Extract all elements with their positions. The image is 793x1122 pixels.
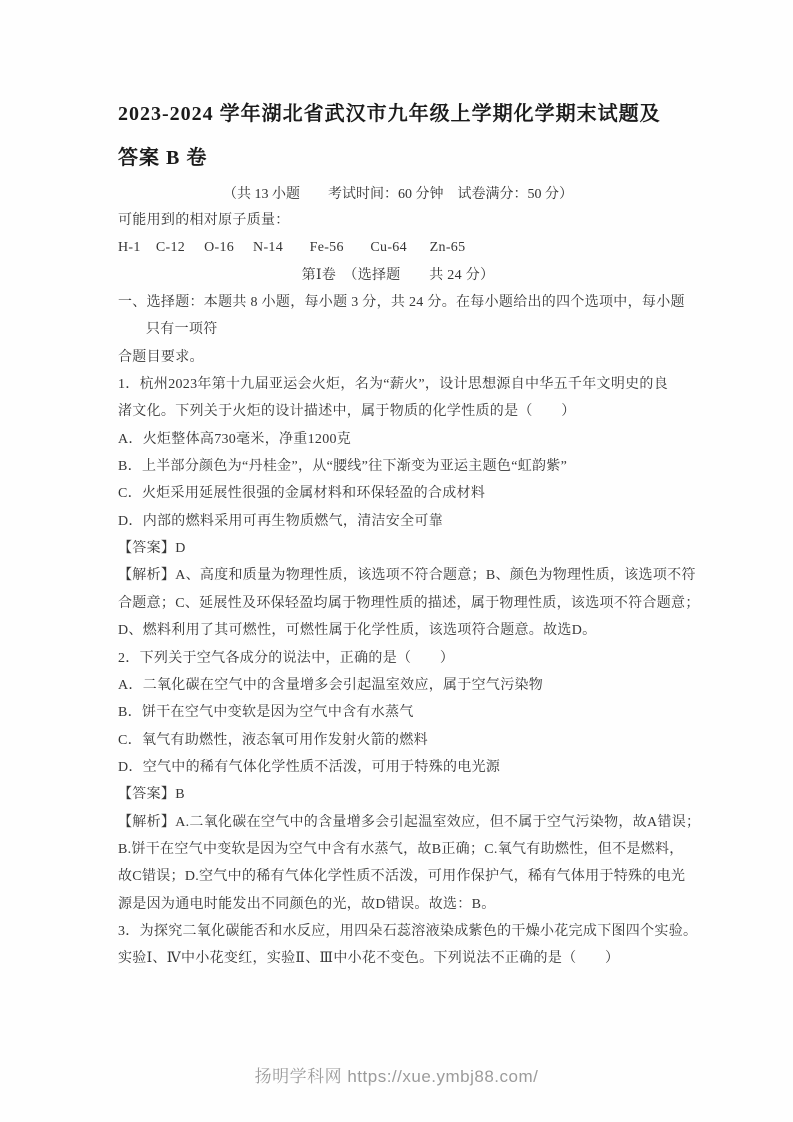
question-3-stem-line-1: 3．为探究二氧化碳能否和水反应，用四朵石蕊溶液染成紫色的干燥小花完成下图四个实验…	[118, 918, 678, 945]
atomic-mass-values: H-1 C-12 O-16 N-14 Fe-56 Cu-64 Zn-65	[118, 234, 678, 261]
question-2-analysis-line-2: B.饼干在空气中变软是因为空气中含有水蒸气，故B正确；C.氧气有助燃性，但不是燃…	[118, 836, 678, 863]
question-3-stem-line-2: 实验Ⅰ、Ⅳ中小花变红，实验Ⅱ、Ⅲ中小花不变色。下列说法不正确的是（ ）	[118, 945, 678, 972]
exam-document-page: 2023-2024 学年湖北省武汉市九年级上学期化学期末试题及 答案 B 卷 （…	[0, 0, 793, 1122]
question-2-option-d: D．空气中的稀有气体化学性质不活泼，可用于特殊的电光源	[118, 754, 678, 781]
question-1-stem-line-1: 1．杭州2023年第十九届亚运会火炬，名为“薪火”，设计思想源自中华五千年文明史…	[118, 371, 678, 398]
page-title: 2023-2024 学年湖北省武汉市九年级上学期化学期末试题及 答案 B 卷	[118, 92, 678, 180]
question-1-option-a: A．火炬整体高730毫米，净重1200克	[118, 426, 678, 453]
question-1-option-d: D．内部的燃料采用可再生物质燃气，清洁安全可靠	[118, 508, 678, 535]
question-1-analysis-line-3: D、燃料利用了其可燃性，可燃性属于化学性质，该选项符合题意。故选D。	[118, 617, 678, 644]
footer-site-credit: 扬明学科网 https://xue.ymbj88.com/	[0, 1062, 793, 1092]
section-intro-line-1: 一、选择题：本题共 8 小题，每小题 3 分，共 24 分。在每小题给出的四个选…	[118, 289, 678, 316]
question-1-answer: 【答案】D	[118, 535, 678, 562]
question-2-stem-line-1: 2．下列关于空气各成分的说法中，正确的是（ ）	[118, 645, 678, 672]
question-1: 1．杭州2023年第十九届亚运会火炬，名为“薪火”，设计思想源自中华五千年文明史…	[118, 371, 678, 644]
question-2-option-b: B．饼干在空气中变软是因为空气中含有水蒸气	[118, 699, 678, 726]
document-content: 2023-2024 学年湖北省武汉市九年级上学期化学期末试题及 答案 B 卷 （…	[118, 92, 678, 973]
question-2-analysis-line-1: 【解析】A.二氧化碳在空气中的含量增多会引起温室效应，但不属于空气污染物，故A错…	[118, 809, 678, 836]
title-line-2: 答案 B 卷	[118, 136, 678, 180]
question-2-option-c: C．氧气有助燃性，液态氧可用作发射火箭的燃料	[118, 727, 678, 754]
question-1-stem-line-2: 渚文化。下列关于火炬的设计描述中，属于物质的化学性质的是（ ）	[118, 398, 678, 425]
question-2-answer: 【答案】B	[118, 781, 678, 808]
question-2-analysis-line-3: 故C错误；D.空气中的稀有气体化学性质不活泼，可用作保护气，稀有气体用于特殊的电…	[118, 863, 678, 890]
section-intro-line-3: 合题目要求。	[118, 344, 678, 371]
exam-meta: （共 13 小题 考试时间：60 分钟 试卷满分：50 分）	[118, 182, 678, 207]
question-1-option-b: B．上半部分颜色为“丹桂金”，从“腰线”往下渐变为亚运主题色“虹韵紫”	[118, 453, 678, 480]
question-2: 2．下列关于空气各成分的说法中，正确的是（ ） A．二氧化碳在空气中的含量增多会…	[118, 645, 678, 918]
title-line-1: 2023-2024 学年湖北省武汉市九年级上学期化学期末试题及	[118, 92, 678, 136]
section-intro-line-2: 只有一项符	[118, 316, 678, 343]
atomic-mass-note: 可能用到的相对原子质量：	[118, 207, 678, 234]
question-3: 3．为探究二氧化碳能否和水反应，用四朵石蕊溶液染成紫色的干燥小花完成下图四个实验…	[118, 918, 678, 973]
question-2-analysis-line-4: 源是因为通电时能发出不同颜色的光，故D错误。故选：B。	[118, 891, 678, 918]
question-1-option-c: C．火炬采用延展性很强的金属材料和环保轻盈的合成材料	[118, 480, 678, 507]
question-1-analysis-line-2: 合题意；C、延展性及环保轻盈均属于物理性质的描述，属于物理性质，该选项不符合题意…	[118, 590, 678, 617]
part-heading: 第Ⅰ卷 （选择题 共 24 分）	[118, 262, 678, 289]
question-1-analysis-line-1: 【解析】A、高度和质量为物理性质，该选项不符合题意；B、颜色为物理性质，该选项不…	[118, 562, 678, 589]
question-2-option-a: A．二氧化碳在空气中的含量增多会引起温室效应，属于空气污染物	[118, 672, 678, 699]
